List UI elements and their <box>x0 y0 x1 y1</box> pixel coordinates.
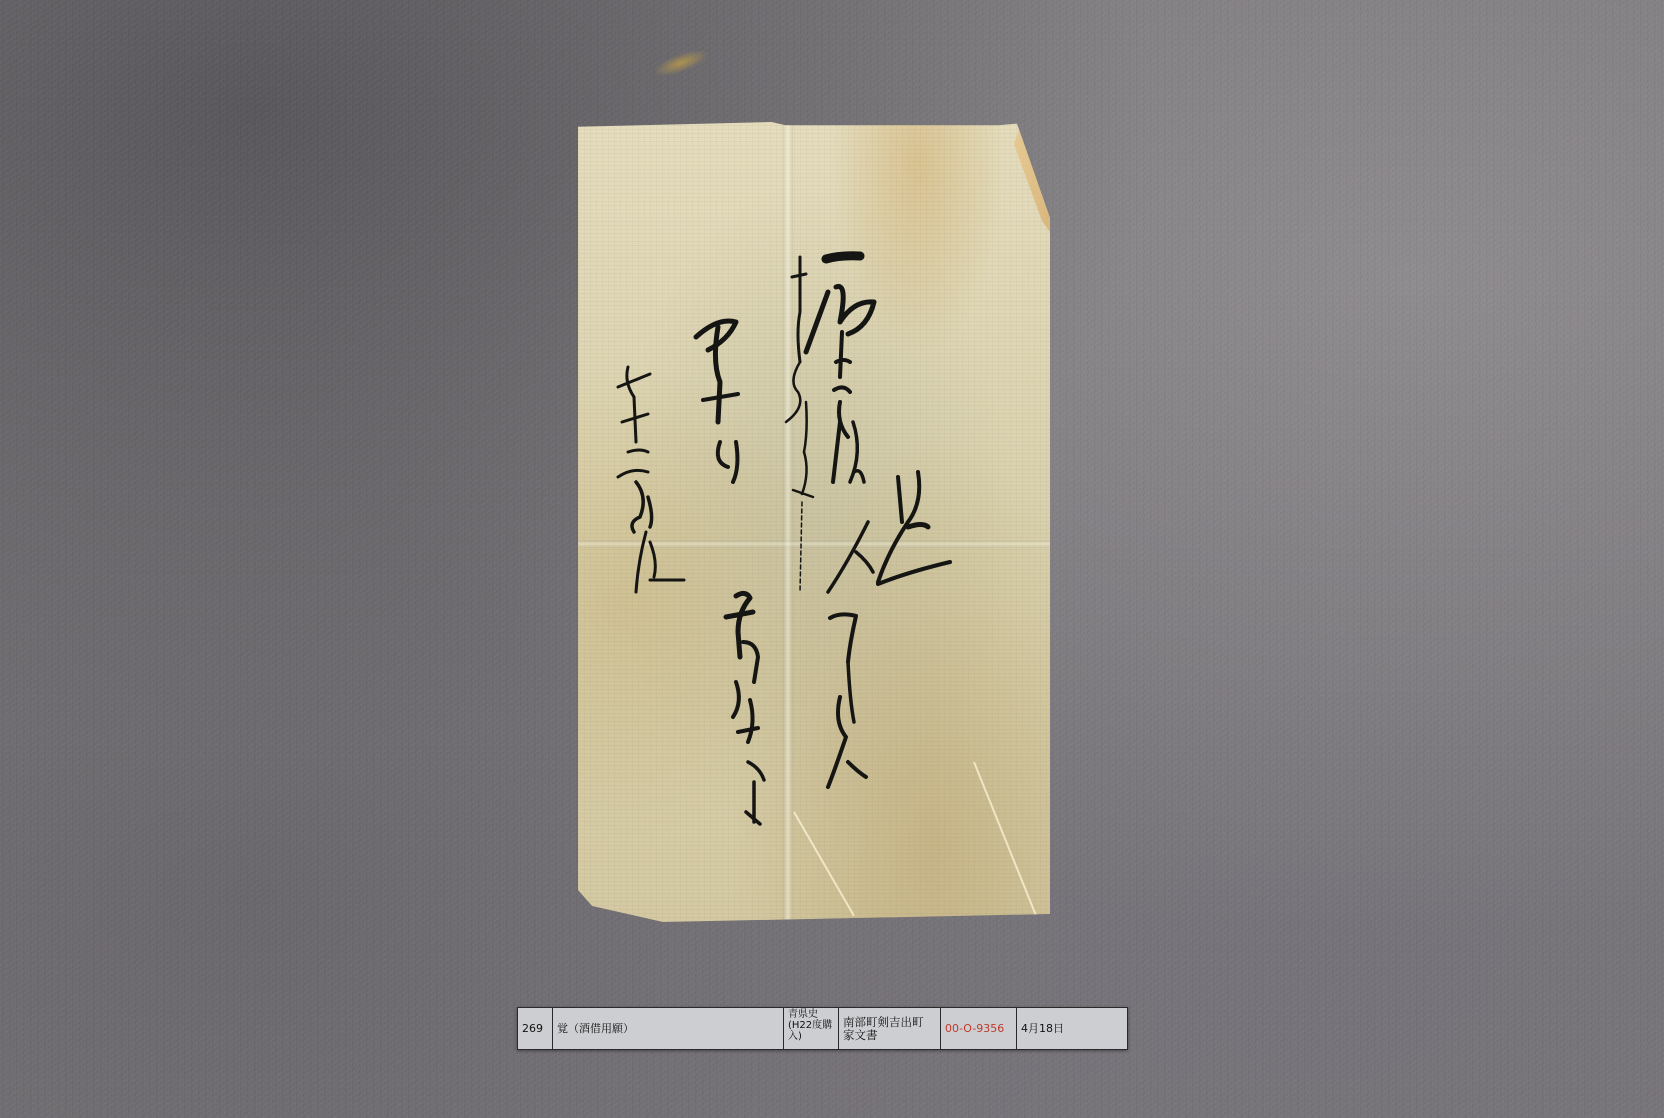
catalog-label: 269 覚（酒借用願） 青県史 (H22度購 入) 南部町剣吉出町 家文書 00… <box>517 1007 1128 1050</box>
background-smudge <box>651 45 712 82</box>
label-code-text: 00-O-9356 <box>945 1023 1004 1035</box>
label-number: 269 <box>518 1008 553 1049</box>
label-source: 青県史 (H22度購 入) <box>784 1008 839 1049</box>
label-date: 4月18日 <box>1017 1008 1127 1049</box>
calligraphy-ink <box>578 122 1050 922</box>
label-collection: 南部町剣吉出町 家文書 <box>839 1008 941 1049</box>
label-title: 覚（酒借用願） <box>553 1008 784 1049</box>
document-paper <box>578 122 1050 922</box>
label-code: 00-O-9356 <box>941 1008 1017 1049</box>
